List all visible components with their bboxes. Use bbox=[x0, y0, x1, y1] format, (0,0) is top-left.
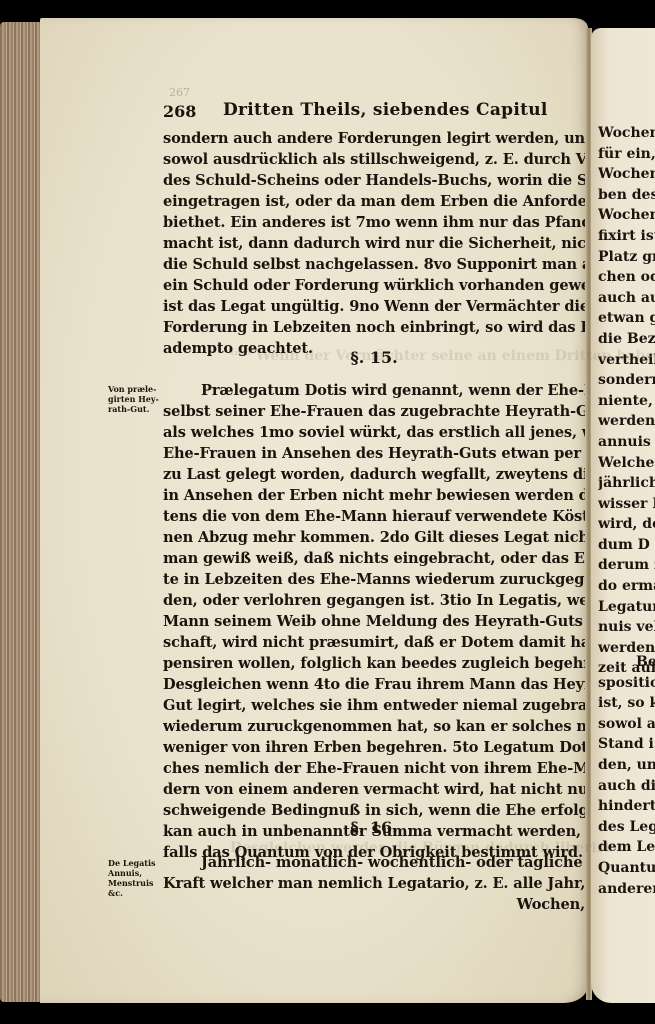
text-line: Kraft welcher man nemlich Legatario, z. … bbox=[163, 873, 585, 894]
text-line: auch die bbox=[598, 776, 655, 797]
text-line: sondern auch andere Forderungen legirt w… bbox=[163, 128, 585, 149]
text-line: ist, so k bbox=[598, 693, 655, 714]
text-line: Mann seinem Weib ohne Meldung des Heyrat… bbox=[163, 611, 585, 632]
text-line: wisser Fu bbox=[598, 494, 655, 515]
text-line: tens die von dem Ehe-Mann hierauf verwen… bbox=[163, 506, 585, 527]
text-line: Be bbox=[598, 652, 655, 673]
text-line: weniger von ihren Erben begehren. 5to Le… bbox=[163, 737, 585, 758]
running-head: Dritten Theils, siebendes Capitul bbox=[223, 100, 548, 120]
text-line: Stand i bbox=[598, 734, 655, 755]
section-heading-15: §. 15. bbox=[163, 348, 585, 367]
text-line: eingetragen ist, oder da man dem Erben d… bbox=[163, 191, 585, 212]
text-line: zu Last gelegt worden, dadurch wegfallt,… bbox=[163, 464, 585, 485]
paragraph-continued: sondern auch andere Forderungen legirt w… bbox=[163, 128, 585, 359]
text-line: pensiren wollen, folglich kan beedes zug… bbox=[163, 653, 585, 674]
margin-note-line: De Legatis bbox=[108, 858, 164, 868]
margin-note-line: Annuis, bbox=[108, 868, 164, 878]
text-line: do erma bbox=[598, 576, 655, 597]
text-line: Desgleichen wenn 4to die Frau ihrem Mann… bbox=[163, 674, 585, 695]
text-line: biethet. Ein anderes ist 7mo wenn ihm nu… bbox=[163, 212, 585, 233]
text-line: werden a bbox=[598, 411, 655, 432]
text-line: etwan g bbox=[598, 308, 655, 329]
text-line: fixirt ist bbox=[598, 226, 655, 247]
page-edges bbox=[0, 22, 42, 1002]
text-line: die Schuld selbst nachgelassen. 8vo Supp… bbox=[163, 254, 585, 275]
margin-note-line: Von præle- bbox=[108, 384, 164, 394]
section-15-body: Prælegatum Dotis wird genannt, wenn der … bbox=[163, 380, 585, 863]
text-line: sowol au bbox=[598, 714, 655, 735]
text-line: dem Leg bbox=[598, 837, 655, 858]
text-line: hindert bbox=[598, 796, 655, 817]
text-line: den, uni bbox=[598, 755, 655, 776]
text-line: sowol ausdrücklich als stillschweigend, … bbox=[163, 149, 585, 170]
text-line: macht ist, dann dadurch wird nur die Sic… bbox=[163, 233, 585, 254]
margin-note-line: &c. bbox=[108, 888, 164, 898]
text-line: te in Lebzeiten des Ehe-Manns wiederum z… bbox=[163, 569, 585, 590]
margin-note-line: girten Hey- bbox=[108, 394, 164, 404]
page-header: 267 268 Dritten Theils, siebendes Capitu… bbox=[163, 100, 583, 124]
text-line: chen oder bbox=[598, 267, 655, 288]
text-line: nen Abzug mehr kommen. 2do Gilt dieses L… bbox=[163, 527, 585, 548]
text-line: nuis vel bbox=[598, 617, 655, 638]
text-line: dern von einem anderen vermacht wird, ha… bbox=[163, 779, 585, 800]
text-line: Wochen bbox=[598, 205, 655, 226]
margin-note-prelegatum: Von præle- girten Hey- rath-Gut. bbox=[108, 384, 164, 414]
margin-note-line: rath-Gut. bbox=[108, 404, 164, 414]
text-line: niente, bbox=[598, 391, 655, 412]
text-line: Jährlich- monatlich- wochentlich- oder t… bbox=[163, 852, 585, 873]
text-line: des Lega bbox=[598, 817, 655, 838]
faded-page-number: 267 bbox=[169, 86, 190, 99]
text-line: sposition bbox=[598, 673, 655, 694]
right-page-text-top: Wochen für ein, Wochen ben des Wochen fi… bbox=[598, 123, 655, 679]
text-line: den, oder verlohren gegangen ist. 3tio I… bbox=[163, 590, 585, 611]
section-16-body: Jährlich- monatlich- wochentlich- oder t… bbox=[163, 852, 585, 912]
text-line: ben des bbox=[598, 185, 655, 206]
margin-note-legatis-annuis: De Legatis Annuis, Menstruis &c. bbox=[108, 858, 164, 898]
text-line: Wochen bbox=[598, 123, 655, 144]
text-line: wird, de bbox=[598, 514, 655, 535]
text-line: des Schuld-Scheins oder Handels-Buchs, w… bbox=[163, 170, 585, 191]
text-line: Prælegatum Dotis wird genannt, wenn der … bbox=[163, 380, 585, 401]
section-heading-16: §. 16. bbox=[163, 818, 585, 837]
text-line: Gut legirt, welches sie ihm entweder nie… bbox=[163, 695, 585, 716]
text-line: auch auf bbox=[598, 288, 655, 309]
text-line: Forderung in Lebzeiten noch einbringt, s… bbox=[163, 317, 585, 338]
text-line: in Ansehen der Erben nicht mehr bewiesen… bbox=[163, 485, 585, 506]
text-line: schaft, wird nicht præsumirt, daß er Dot… bbox=[163, 632, 585, 653]
text-line: Ehe-Frauen in Ansehen des Heyrath-Guts e… bbox=[163, 443, 585, 464]
text-line: selbst seiner Ehe-Frauen das zugebrachte… bbox=[163, 401, 585, 422]
text-line: dum D bbox=[598, 535, 655, 556]
text-line: sondern u bbox=[598, 370, 655, 391]
text-line: wiederum zuruckgenommen hat, so kan er s… bbox=[163, 716, 585, 737]
text-line: ches nemlich der Ehe-Frauen nicht von ih… bbox=[163, 758, 585, 779]
text-line: derum zu bbox=[598, 555, 655, 576]
catchword: Wochen, bbox=[163, 894, 585, 912]
page-number: 268 bbox=[163, 102, 196, 121]
margin-note-line: Menstruis bbox=[108, 878, 164, 888]
text-line: Welche bbox=[598, 453, 655, 474]
text-line: vertheilt bbox=[598, 350, 655, 371]
text-line: anderen bbox=[598, 879, 655, 900]
text-line: als welches 1mo soviel würkt, das erstli… bbox=[163, 422, 585, 443]
text-line: man gewiß weiß, daß nichts eingebracht, … bbox=[163, 548, 585, 569]
text-line: ist das Legat ungültig. 9no Wenn der Ver… bbox=[163, 296, 585, 317]
text-line: annuis bbox=[598, 432, 655, 453]
text-line: Quantu bbox=[598, 858, 655, 879]
book-spread: ᴵᵐᵒ Wenn der Vermächter seine an einem D… bbox=[0, 0, 655, 1024]
text-line: die Beza bbox=[598, 329, 655, 350]
text-line: ein Schuld oder Forderung würklich vorha… bbox=[163, 275, 585, 296]
text-line: Platz gr bbox=[598, 247, 655, 268]
text-line: jährlichen bbox=[598, 473, 655, 494]
text-line: für ein, bbox=[598, 144, 655, 165]
text-line: Wochen bbox=[598, 164, 655, 185]
right-page-text-bottom: Be sposition ist, so k sowol au Stand i … bbox=[598, 652, 655, 899]
text-line: Legatum bbox=[598, 597, 655, 618]
